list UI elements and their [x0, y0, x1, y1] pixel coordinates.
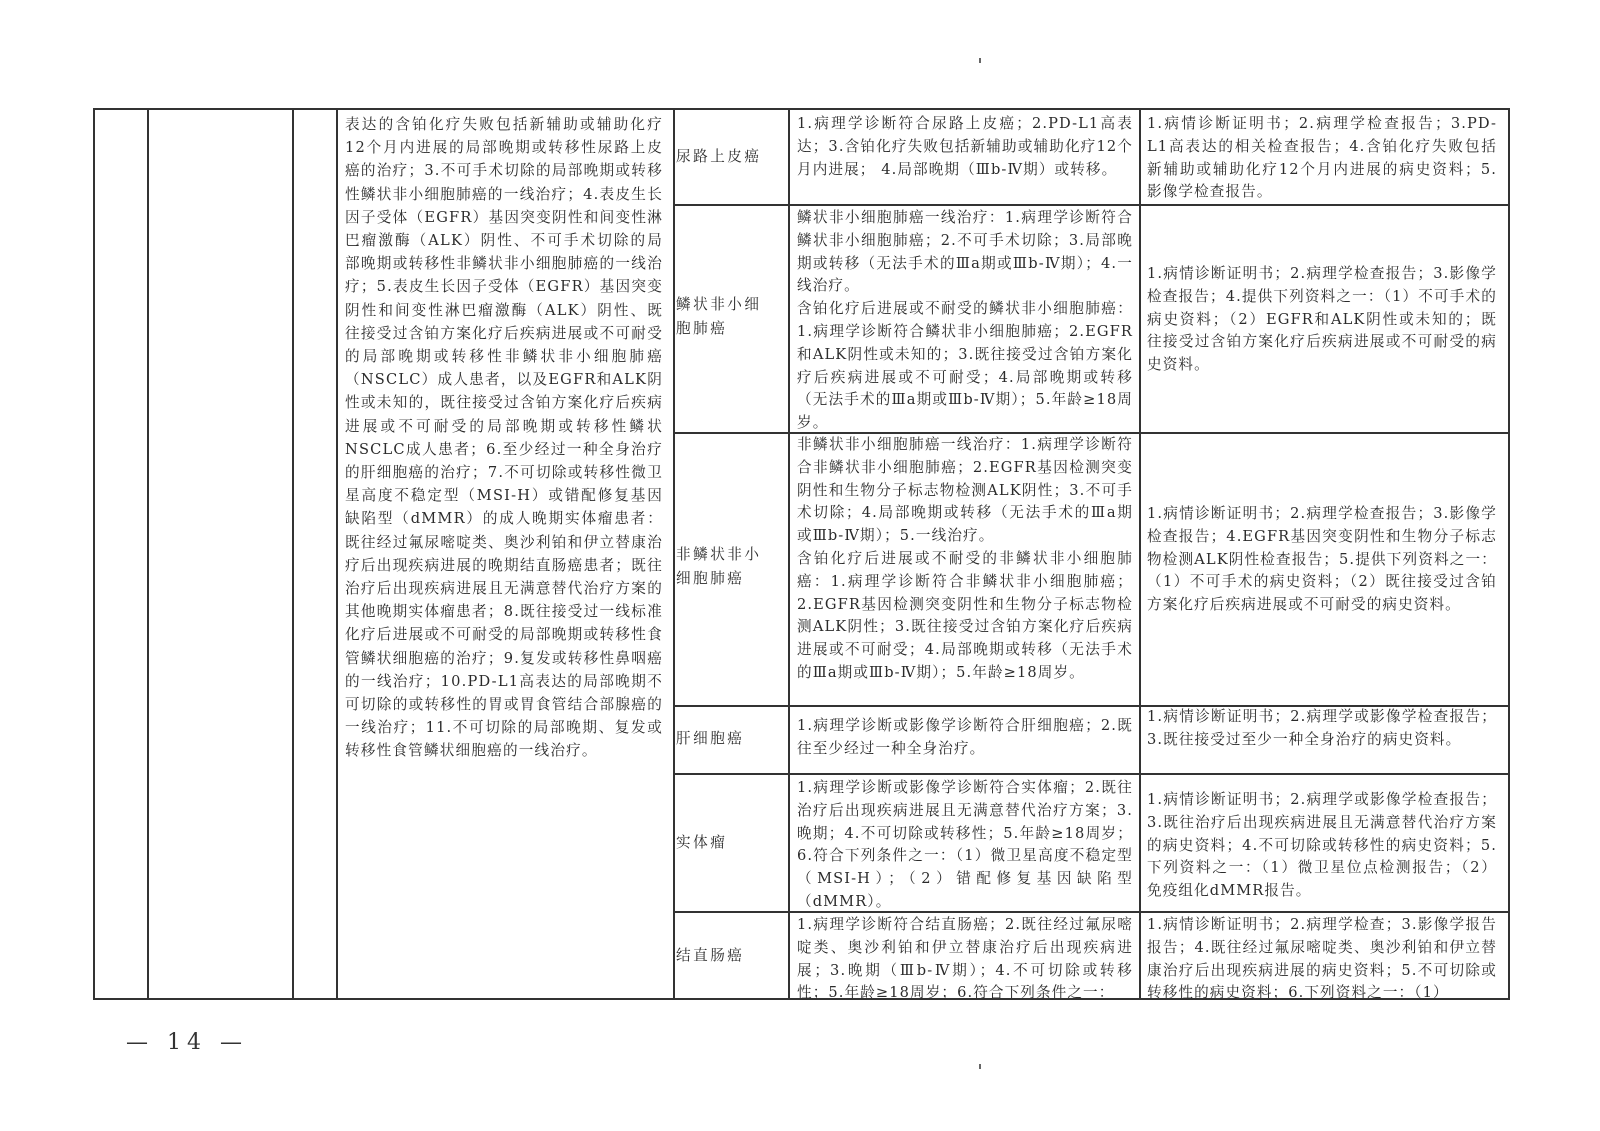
conditions-nonsquamous-nsclc: 非鳞状非小细胞肺癌一线治疗：1.病理学诊断符合非鳞状非小细胞肺癌；2.EGFR基… — [797, 434, 1133, 685]
documents-solid-tumor: 1.病情诊断证明书；2.病理学或影像学检查报告；3.既往治疗后出现疾病进展且无满… — [1147, 789, 1497, 903]
indication-label-colorectal: 结直肠癌 — [676, 944, 776, 968]
scan-mark-bottom — [979, 1064, 981, 1069]
table-border-bottom — [93, 998, 1510, 1000]
table-border-right — [1508, 108, 1510, 999]
conditions-colorectal: 1.病理学诊断符合结直肠癌；2.既往经过氟尿嘧啶类、奥沙利铂和伊立替康治疗后出现… — [797, 914, 1133, 998]
column-divider-3 — [336, 108, 338, 999]
conditions-solid-tumor: 1.病理学诊断或影像学诊断符合实体瘤；2.既往治疗后出现疾病进展且无满意替代治疗… — [797, 777, 1133, 914]
column-divider-4 — [673, 108, 675, 999]
column-divider-2 — [292, 108, 294, 999]
approved-indications-text: 表达的含铂化疗失败包括新辅助或辅助化疗12个月内进展的局部晚期或转移性尿路上皮癌… — [345, 113, 663, 763]
table-border-left — [93, 108, 95, 999]
column-divider-5 — [788, 108, 790, 999]
row-divider-4 — [673, 773, 1510, 775]
documents-squamous-nsclc: 1.病情诊断证明书；2.病理学检查报告；3.影像学检查报告；4.提供下列资料之一… — [1147, 263, 1497, 377]
conditions-hcc: 1.病理学诊断或影像学诊断符合肝细胞癌；2.既往至少经过一种全身治疗。 — [797, 715, 1133, 761]
indication-label-squamous-nsclc: 鳞状非小细胞肺癌 — [676, 293, 776, 340]
column-divider-1 — [147, 108, 149, 999]
scan-mark-top — [979, 58, 981, 63]
documents-hcc: 1.病情诊断证明书；2.病理学或影像学检查报告；3.既往接受过至少一种全身治疗的… — [1147, 706, 1497, 752]
documents-urothelial: 1.病情诊断证明书；2.病理学检查报告；3.PD-L1高表达的相关检查报告；4.… — [1147, 113, 1497, 204]
page-number: — 14 — — [126, 1030, 248, 1055]
row-divider-1 — [673, 204, 1510, 206]
indication-label-nonsquamous-nsclc: 非鳞状非小细胞肺癌 — [676, 543, 776, 590]
column-divider-6 — [1139, 108, 1141, 999]
conditions-squamous-nsclc: 鳞状非小细胞肺癌一线治疗：1.病理学诊断符合鳞状非小细胞肺癌；2.不可手术切除；… — [797, 207, 1133, 435]
indication-label-hcc: 肝细胞癌 — [676, 727, 776, 751]
indication-label-solid-tumor: 实体瘤 — [676, 831, 776, 855]
table-border-top — [93, 108, 1510, 110]
documents-colorectal: 1.病情诊断证明书；2.病理学检查；3.影像学报告报告；4.既往经过氟尿嘧啶类、… — [1147, 914, 1497, 998]
documents-nonsquamous-nsclc: 1.病情诊断证明书；2.病理学检查报告；3.影像学检查报告；4.EGFR基因突变… — [1147, 503, 1497, 617]
indication-label-urothelial: 尿路上皮癌 — [676, 145, 776, 169]
conditions-urothelial: 1.病理学诊断符合尿路上皮癌；2.PD-L1高表达；3.含铂化疗失败包括新辅助或… — [797, 113, 1133, 181]
